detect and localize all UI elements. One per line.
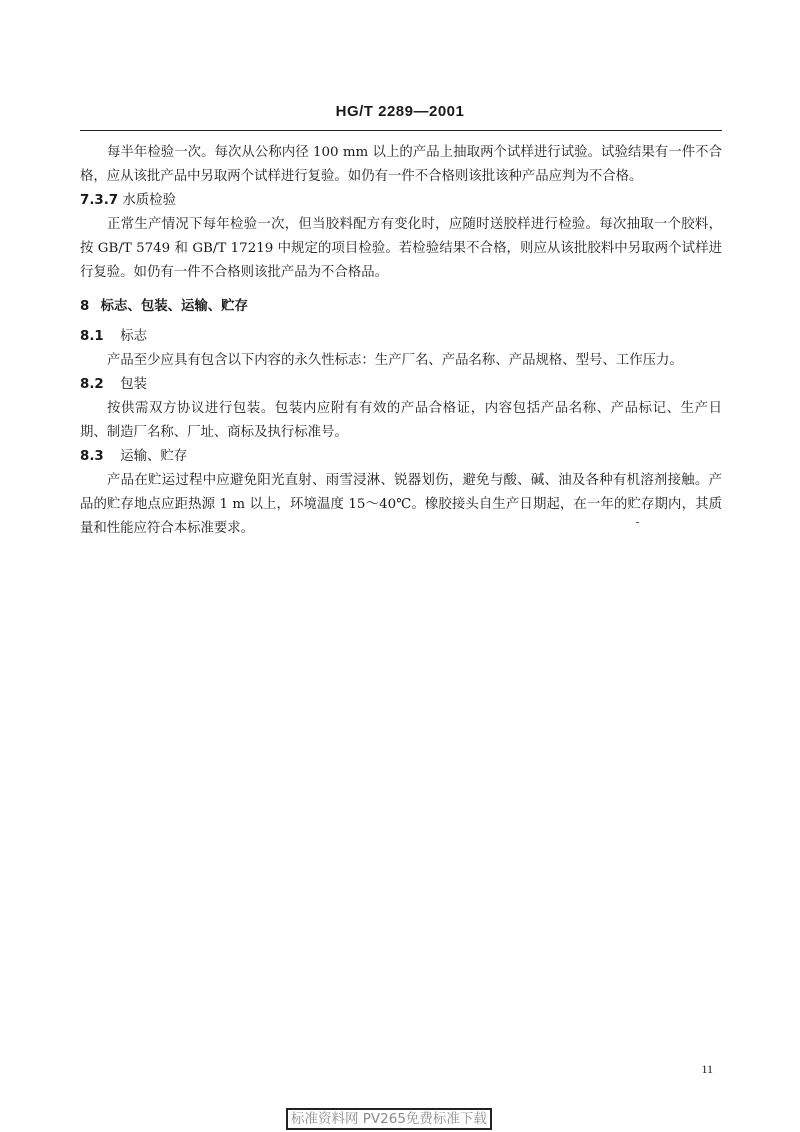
section-number: 7.3.7 (80, 189, 118, 213)
section-8-2-heading: 8.2 包装 (80, 373, 722, 397)
section-number: 8.1 (80, 325, 116, 349)
section-8-3-heading: 8.3 运输、贮存 (80, 445, 722, 469)
section-number: 8.2 (80, 373, 116, 397)
section-8-1-text: 产品至少应具有包含以下内容的永久性标志：生产厂名、产品名称、产品规格、型号、工作… (80, 349, 722, 373)
section-8-3-text: 产品在贮运过程中应避免阳光直射、雨雪浸淋、锐器划伤，避免与酸、碱、油及各种有机溶… (80, 469, 722, 541)
header-rule (80, 130, 722, 131)
section-title: 标志、包装、运输、贮存 (101, 299, 248, 314)
section-7-3-7-heading: 7.3.7 水质检验 (80, 189, 722, 213)
watermark-link[interactable]: 标准资料网 PV265免费标准下载 (286, 1108, 492, 1130)
section-8-2-text: 按供需双方协议进行包装。包装内应附有有效的产品合格证，内容包括产品名称、产品标记… (80, 397, 722, 445)
section-8-heading: 8 标志、包装、运输、贮存 (80, 295, 722, 319)
section-number: 8.3 (80, 445, 116, 469)
section-number: 8 (80, 295, 96, 319)
section-title: 标志 (120, 329, 147, 344)
document-body: 每半年检验一次。每次从公称内径 100 mm 以上的产品上抽取两个试样进行试验。… (80, 141, 722, 541)
section-7-3-7-text: 正常生产情况下每年检验一次，但当胶料配方有变化时，应随时送胶样进行检验。每次抽取… (80, 213, 722, 285)
section-title: 运输、贮存 (120, 449, 187, 464)
paragraph-continued: 每半年检验一次。每次从公称内径 100 mm 以上的产品上抽取两个试样进行试验。… (80, 141, 722, 189)
section-8-1-heading: 8.1 标志 (80, 325, 722, 349)
standard-code-header: HG/T 2289—2001 (0, 103, 800, 120)
page-number: 11 (701, 1062, 713, 1077)
scan-speck (636, 522, 639, 523)
section-title: 包装 (120, 377, 147, 392)
section-title: 水质检验 (122, 193, 176, 208)
